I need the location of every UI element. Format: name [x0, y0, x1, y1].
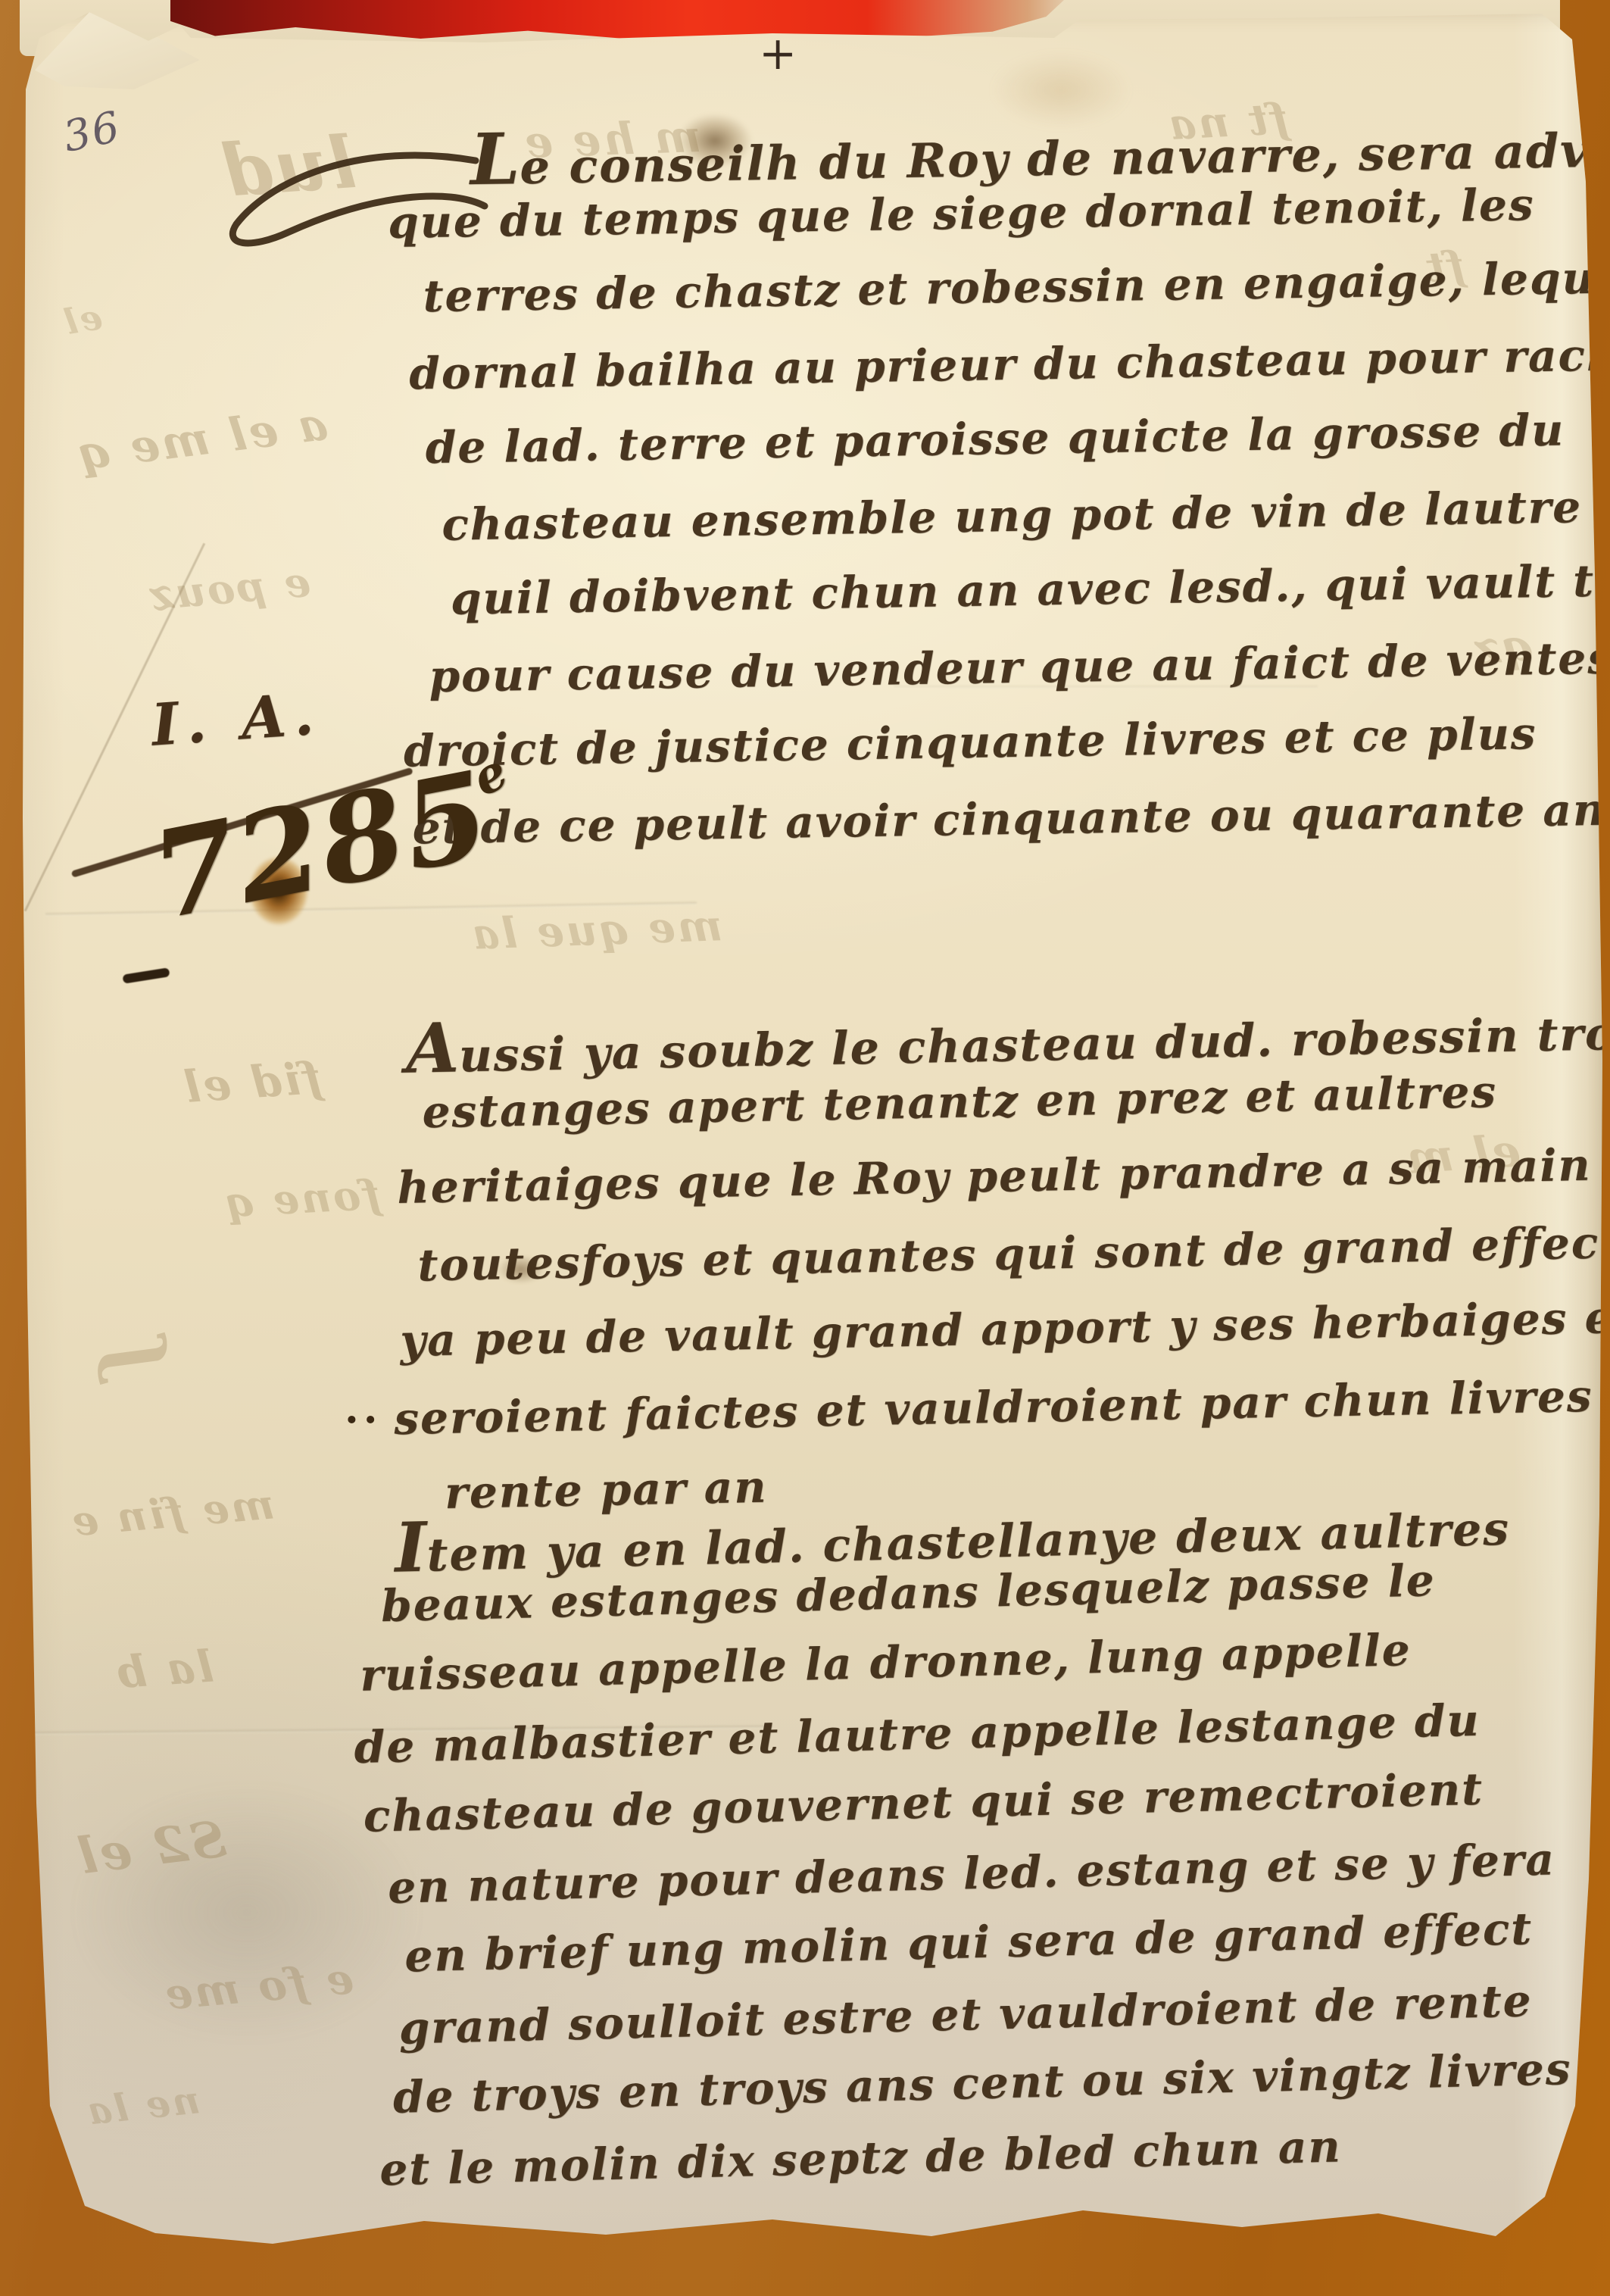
dash-mark	[122, 967, 170, 984]
bleedthrough-mark: fone q	[222, 1170, 381, 1227]
bleedthrough-mark: me que la	[469, 901, 723, 960]
folio-number: 36	[59, 102, 125, 162]
bleedthrough-mark: e pouz	[146, 558, 313, 620]
paragraph-2: Aussi ya soubz le chasteau dud. robessin…	[394, 985, 1610, 1545]
photograph-of-manuscript: lud m he e ft na a el me q e pouz el fid…	[0, 0, 1610, 2296]
paragraph-3: Item ya en lad. chastellanye deux aultre…	[352, 1479, 1574, 2213]
cote-digits: 7285	[142, 745, 501, 947]
paragraph-1: Le conseilh du Roy de navarre, sera adve…	[379, 99, 1610, 877]
bleedthrough-mark: ne la	[83, 2077, 201, 2134]
bleedthrough-mark: me fin e	[68, 1479, 276, 1545]
bleedthrough-mark: a el me q	[73, 398, 330, 481]
cross-mark: +	[759, 27, 797, 80]
ditto-dots: ··	[345, 1395, 382, 1444]
bleedthrough-mark: ʃ	[83, 1344, 171, 1377]
paper-sheet: lud m he e ft na a el me q e pouz el fid…	[0, 0, 1610, 2296]
classmark: I. A.	[149, 679, 323, 758]
bleedthrough-mark: la b	[112, 1640, 216, 1698]
bleedthrough-mark: el	[59, 296, 105, 343]
bleedthrough-mark: fid el	[180, 1052, 323, 1114]
